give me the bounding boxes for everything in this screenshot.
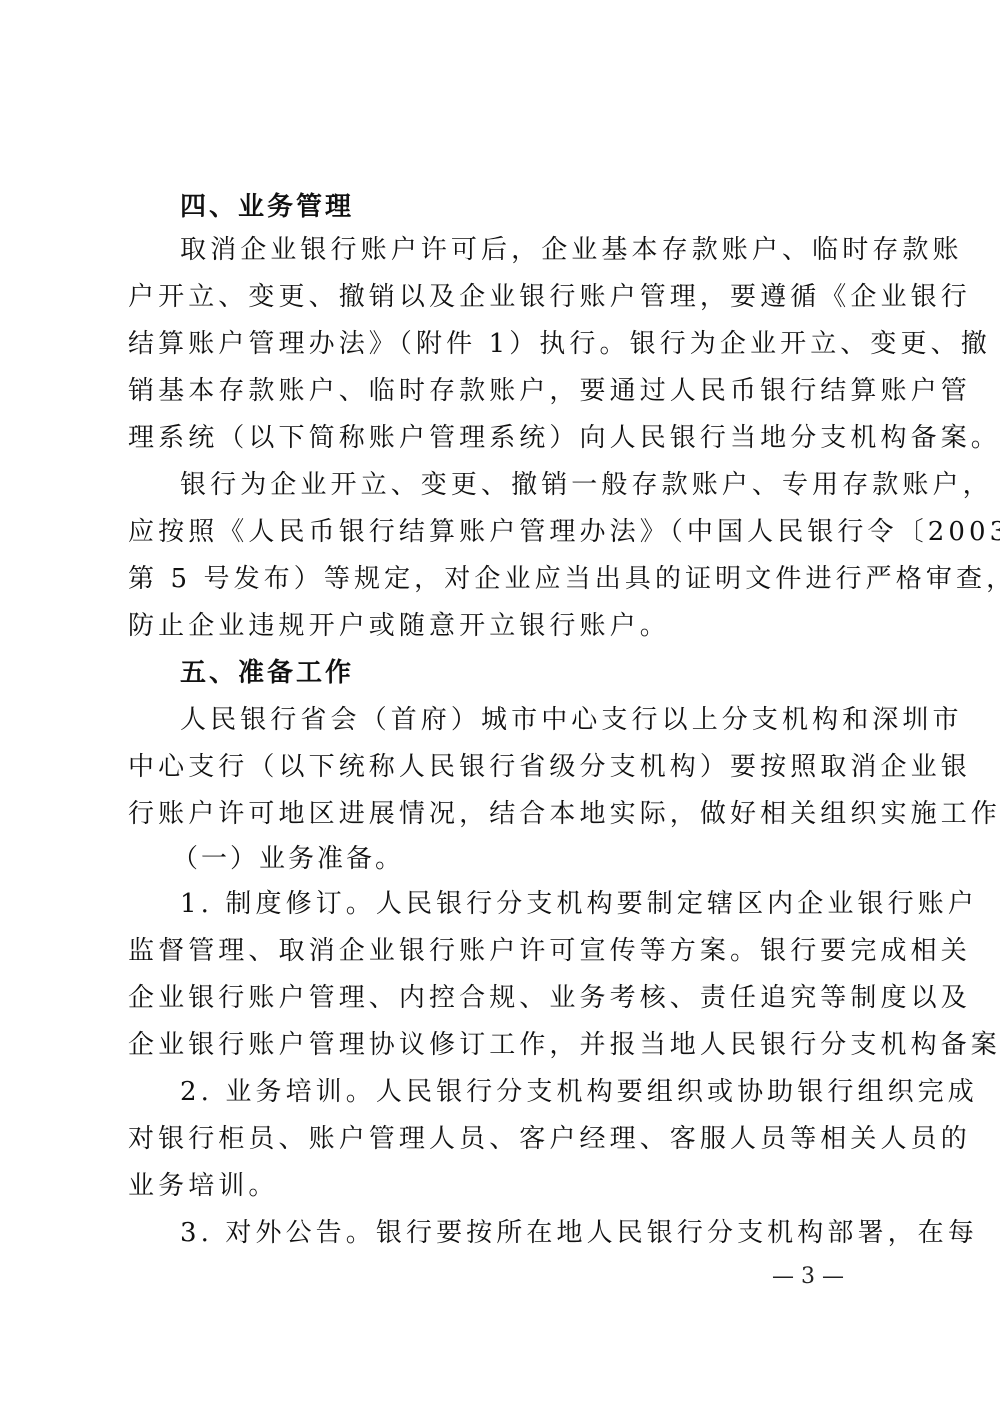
list-item-line: 监督管理、取消企业银行账户许可宣传等方案。银行要完成相关: [128, 931, 874, 971]
page-number: — 3 —: [758, 1262, 858, 1292]
paragraph-line: 取消企业银行账户许可后，企业基本存款账户、临时存款账: [180, 230, 874, 270]
subsection-heading-business-preparation: （一）业务准备。: [172, 839, 866, 879]
list-item-line: 对银行柜员、账户管理人员、客户经理、客服人员等相关人员的: [128, 1119, 874, 1159]
section-heading-preparation-work: 五、准备工作: [180, 653, 874, 693]
paragraph-line: 第 5 号发布）等规定，对企业应当出具的证明文件进行严格审查，: [128, 559, 874, 599]
list-item-line: 企业银行账户管理、内控合规、业务考核、责任追究等制度以及: [128, 978, 874, 1018]
list-item-line: 1. 制度修订。人民银行分支机构要制定辖区内企业银行账户: [180, 884, 874, 924]
paragraph-line: 理系统（以下简称账户管理系统）向人民银行当地分支机构备案。: [128, 418, 874, 458]
list-item-line: 2. 业务培训。人民银行分支机构要组织或协助银行组织完成: [180, 1072, 874, 1112]
section-heading-business-management: 四、业务管理: [180, 187, 874, 227]
paragraph-line: 结算账户管理办法》（附件 1）执行。银行为企业开立、变更、撤: [128, 324, 874, 364]
list-item-line: 业务培训。: [128, 1166, 874, 1206]
paragraph-line: 银行为企业开立、变更、撤销一般存款账户、专用存款账户，: [180, 465, 874, 505]
list-item-line: 企业银行账户管理协议修订工作，并报当地人民银行分支机构备案。: [128, 1025, 874, 1065]
paragraph-line: 防止企业违规开户或随意开立银行账户。: [128, 606, 874, 646]
paragraph-line: 人民银行省会（首府）城市中心支行以上分支机构和深圳市: [180, 700, 874, 740]
paragraph-line: 应按照《人民币银行结算账户管理办法》（中国人民银行令〔2003〕: [128, 512, 874, 552]
list-item-line: 3. 对外公告。银行要按所在地人民银行分支机构部署，在每: [180, 1213, 874, 1253]
paragraph-line: 中心支行（以下统称人民银行省级分支机构）要按照取消企业银: [128, 747, 874, 787]
document-page: 四、业务管理 取消企业银行账户许可后，企业基本存款账户、临时存款账 户开立、变更…: [0, 0, 1000, 1415]
paragraph-line: 行账户许可地区进展情况，结合本地实际，做好相关组织实施工作。: [128, 794, 874, 834]
paragraph-line: 户开立、变更、撤销以及企业银行账户管理，要遵循《企业银行: [128, 277, 874, 317]
paragraph-line: 销基本存款账户、临时存款账户，要通过人民币银行结算账户管: [128, 371, 874, 411]
